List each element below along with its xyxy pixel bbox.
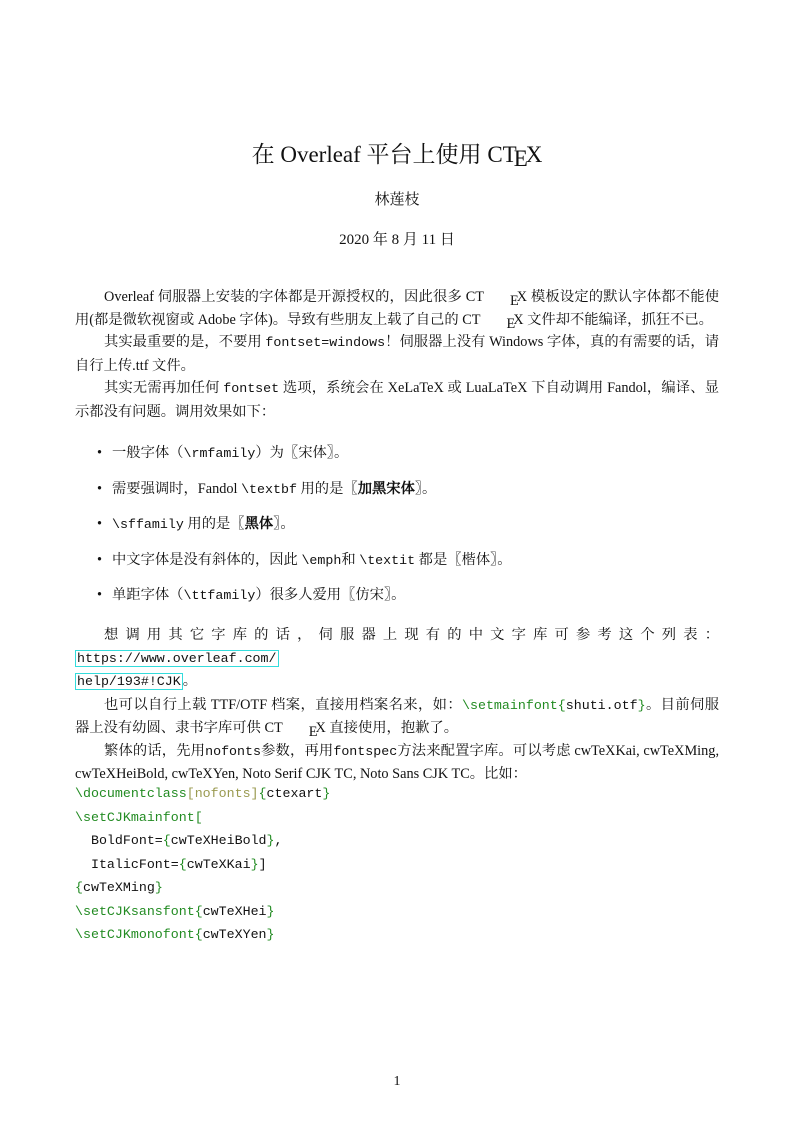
code-line: {cwTeXMing} — [75, 876, 330, 900]
ctex-logo: CTEX — [487, 142, 542, 167]
code-line: \documentclass[nofonts]{ctexart} — [75, 782, 330, 806]
code-block: \documentclass[nofonts]{ctexart}\setCJKm… — [75, 782, 330, 947]
code-line: \setCJKmainfont[ — [75, 806, 330, 830]
paragraph-6: 繁体的话，先用nofonts参数，再用fontspec方法来配置字库。可以考虑 … — [75, 740, 719, 786]
inline-code: fontset — [223, 381, 279, 396]
page-number: 1 — [0, 1074, 794, 1090]
date: 2020 年 8 月 11 日 — [0, 228, 794, 249]
ctex-logo: CTEX — [466, 289, 527, 305]
overleaf-cjk-link-cont[interactable]: help/193#!CJK — [75, 673, 183, 690]
later-paragraphs: 想调用其它字库的话，伺服器上现有的中文字库可参考这个列表：https://www… — [75, 624, 719, 786]
list-item: •一般字体（\rmfamily）为〖宋体〗。 — [97, 442, 512, 478]
overleaf-cjk-link[interactable]: https://www.overleaf.com/ — [75, 650, 279, 667]
bullet-icon: • — [97, 442, 112, 464]
list-item: •需要强调时，Fandol \textbf 用的是〖加黑宋体〗。 — [97, 478, 512, 514]
list-item: •\sffamily 用的是〖黑体〗。 — [97, 513, 512, 549]
ctex-logo: CTEX — [462, 312, 523, 328]
bullet-icon: • — [97, 478, 112, 500]
inline-code: fontset=windows — [265, 335, 385, 350]
paragraph-4: 想调用其它字库的话，伺服器上现有的中文字库可参考这个列表：https://www… — [75, 624, 719, 694]
bullet-icon: • — [97, 513, 112, 535]
title-text: 在 Overleaf 平台上使用 — [252, 142, 488, 167]
list-item: •单距字体（\ttfamily）很多人爱用〖仿宋〗。 — [97, 584, 512, 620]
code-line: ItalicFont={cwTeXKai}] — [75, 853, 330, 877]
inline-code: \setmainfont{shuti.otf} — [462, 698, 646, 713]
document-title: 在 Overleaf 平台上使用 CTEX — [0, 136, 794, 169]
bullet-icon: • — [97, 549, 112, 571]
intro-paragraphs: Overleaf 伺服器上安装的字体都是开源授权的，因此很多 CTEX 模板设定… — [75, 286, 719, 423]
document-page: 在 Overleaf 平台上使用 CTEX 林莲枝 2020 年 8 月 11 … — [0, 0, 794, 1123]
code-line: \setCJKmonofont{cwTeXYen} — [75, 923, 330, 947]
paragraph-2: 其实最重要的是，不要用 fontset=windows！伺服器上没有 Windo… — [75, 331, 719, 377]
paragraph-5: 也可以自行上载 TTF/OTF 档案，直接用档案名来，如：\setmainfon… — [75, 694, 719, 740]
paragraph-1: Overleaf 伺服器上安装的字体都是开源授权的，因此很多 CTEX 模板设定… — [75, 286, 719, 331]
bullet-icon: • — [97, 584, 112, 606]
code-line: BoldFont={cwTeXHeiBold}, — [75, 829, 330, 853]
code-line: \setCJKsansfont{cwTeXHei} — [75, 900, 330, 924]
list-item: •中文字体是没有斜体的，因此 \emph和 \textit 都是〖楷体〗。 — [97, 549, 512, 585]
paragraph-3: 其实无需再加任何 fontset 选项，系统会在 XeLaTeX 或 LuaLa… — [75, 377, 719, 423]
author: 林莲枝 — [0, 188, 794, 209]
ctex-logo: CTEX — [264, 720, 325, 736]
font-list: •一般字体（\rmfamily）为〖宋体〗。 •需要强调时，Fandol \te… — [97, 442, 512, 620]
